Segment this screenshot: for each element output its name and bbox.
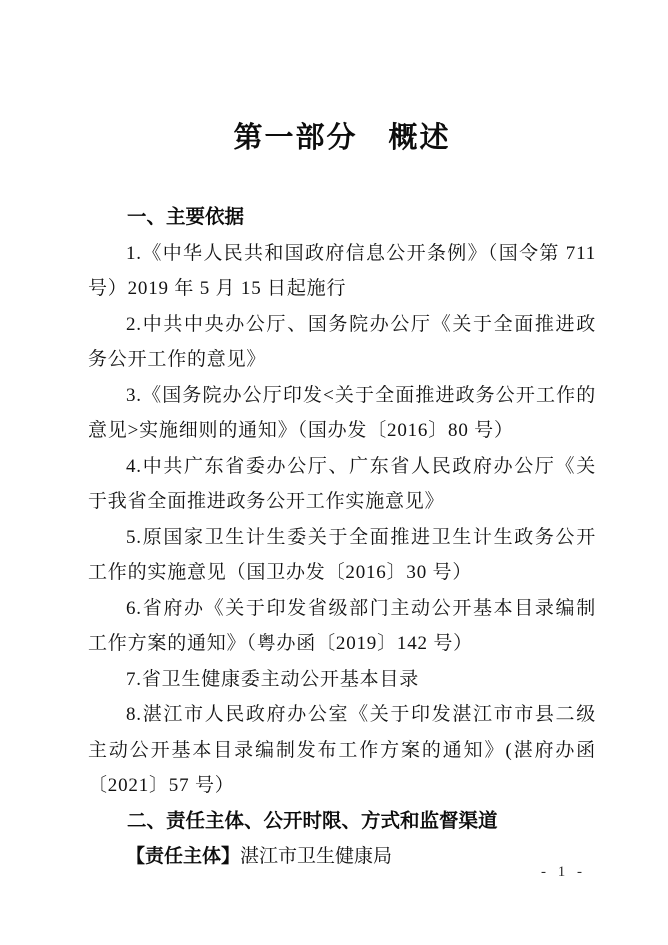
page-number: - 1 - [541, 864, 586, 881]
document-title: 第一部分 概述 [88, 116, 596, 160]
responsible-entity-line: 【责任主体】湛江市卫生健康局 [88, 839, 596, 875]
responsible-entity-label: 【责任主体】 [126, 846, 240, 867]
document-content: 第一部分 概述 一、主要依据 1.《中华人民共和国政府信息公开条例》（国令第 7… [88, 116, 596, 875]
basis-item-8: 8.湛江市人民政府办公室《关于印发湛江市市县二级主动公开基本目录编制发布工作方案… [88, 697, 596, 804]
responsible-entity-value: 湛江市卫生健康局 [240, 846, 392, 867]
document-page: 第一部分 概述 一、主要依据 1.《中华人民共和国政府信息公开条例》（国令第 7… [0, 0, 668, 945]
basis-item-1: 1.《中华人民共和国政府信息公开条例》（国令第 711 号）2019 年 5 月… [88, 236, 596, 307]
section-heading-responsibility: 二、责任主体、公开时限、方式和监督渠道 [88, 804, 596, 840]
basis-item-5: 5.原国家卫生计生委关于全面推进卫生计生政务公开工作的实施意见（国卫办发〔201… [88, 520, 596, 591]
basis-item-3: 3.《国务院办公厅印发<关于全面推进政务公开工作的意见>实施细则的通知》（国办发… [88, 378, 596, 449]
basis-item-2: 2.中共中央办公厅、国务院办公厅《关于全面推进政务公开工作的意见》 [88, 307, 596, 378]
basis-item-7: 7.省卫生健康委主动公开基本目录 [88, 662, 596, 698]
basis-item-6: 6.省府办《关于印发省级部门主动公开基本目录编制工作方案的通知》（粤办函〔201… [88, 591, 596, 662]
section-heading-main-basis: 一、主要依据 [88, 200, 596, 236]
basis-item-4: 4.中共广东省委办公厅、广东省人民政府办公厅《关于我省全面推进政务公开工作实施意… [88, 449, 596, 520]
